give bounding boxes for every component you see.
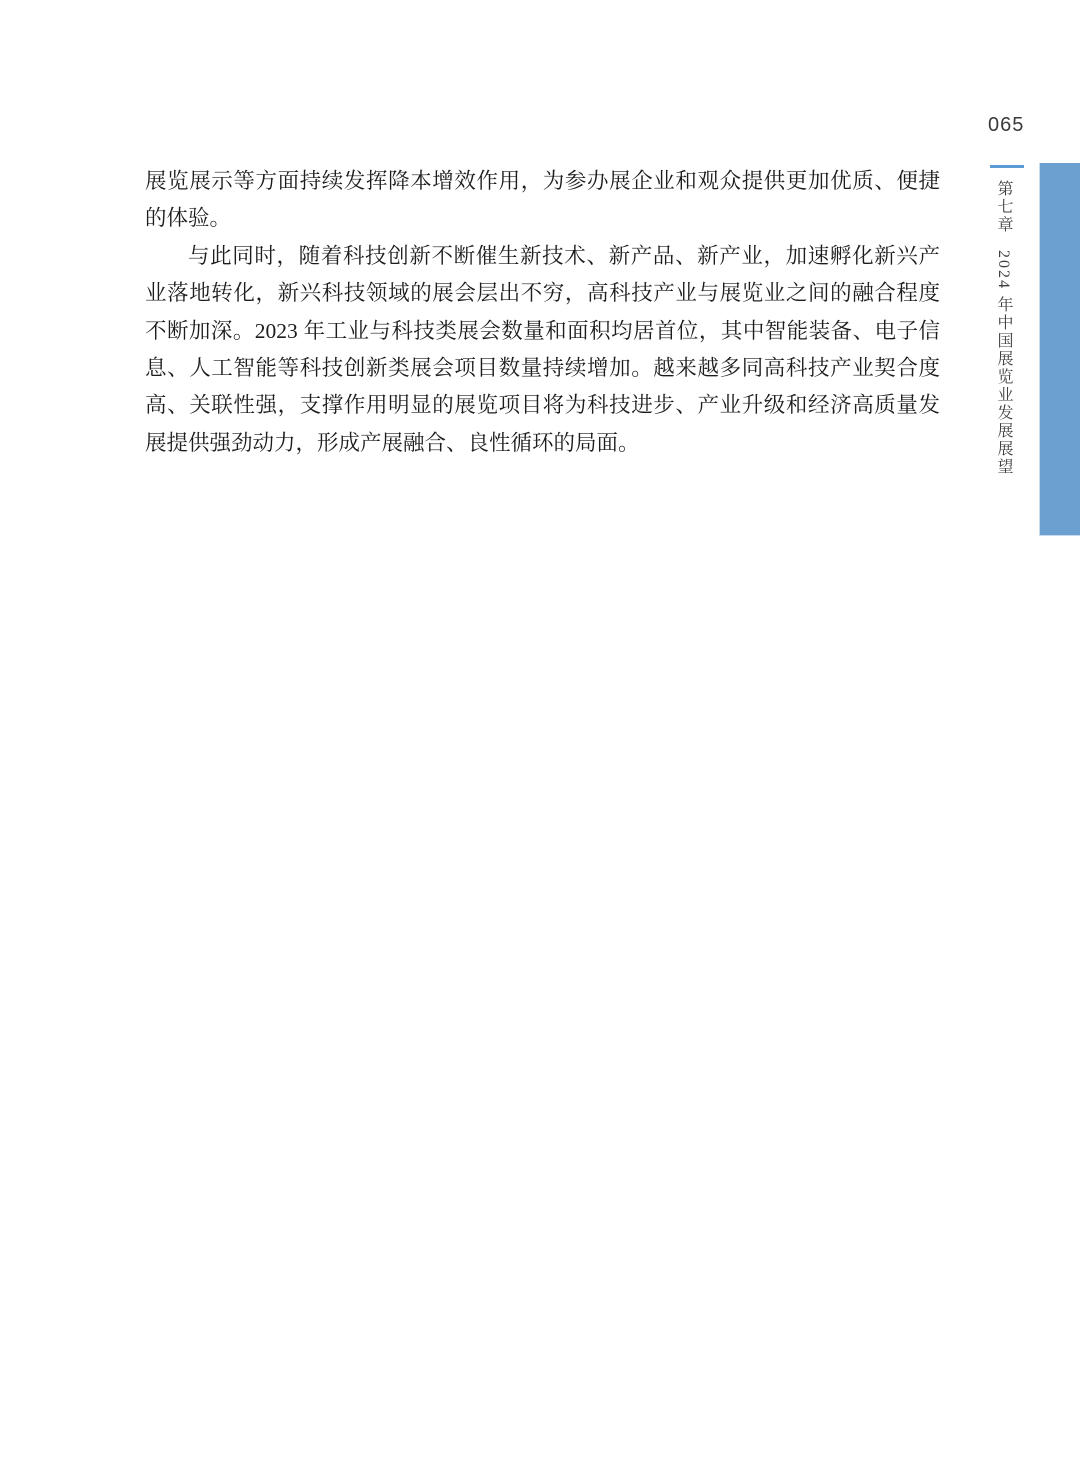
- document-page: 065 第七章2024 年中国展览业发展展望 展览展示等方面持续发挥降本增效作用…: [0, 0, 1080, 1465]
- chapter-title: 2024 年中国展览业发展展望: [995, 250, 1012, 476]
- page-number: 065: [988, 114, 1024, 137]
- chapter-sidebar: 第七章2024 年中国展览业发展展望: [992, 180, 1015, 500]
- paragraph-main: 与此同时，随着科技创新不断催生新技术、新产品、新产业，加速孵化新兴产业落地转化，…: [145, 238, 940, 462]
- chapter-accent-bar: [1039, 163, 1080, 536]
- body-text: 展览展示等方面持续发挥降本增效作用，为参办展企业和观众提供更加优质、便捷的体验。…: [145, 163, 940, 462]
- paragraph-continuation: 展览展示等方面持续发挥降本增效作用，为参办展企业和观众提供更加优质、便捷的体验。: [145, 163, 940, 238]
- section-rule-divider: [990, 165, 1024, 168]
- chapter-label: 第七章: [995, 180, 1012, 234]
